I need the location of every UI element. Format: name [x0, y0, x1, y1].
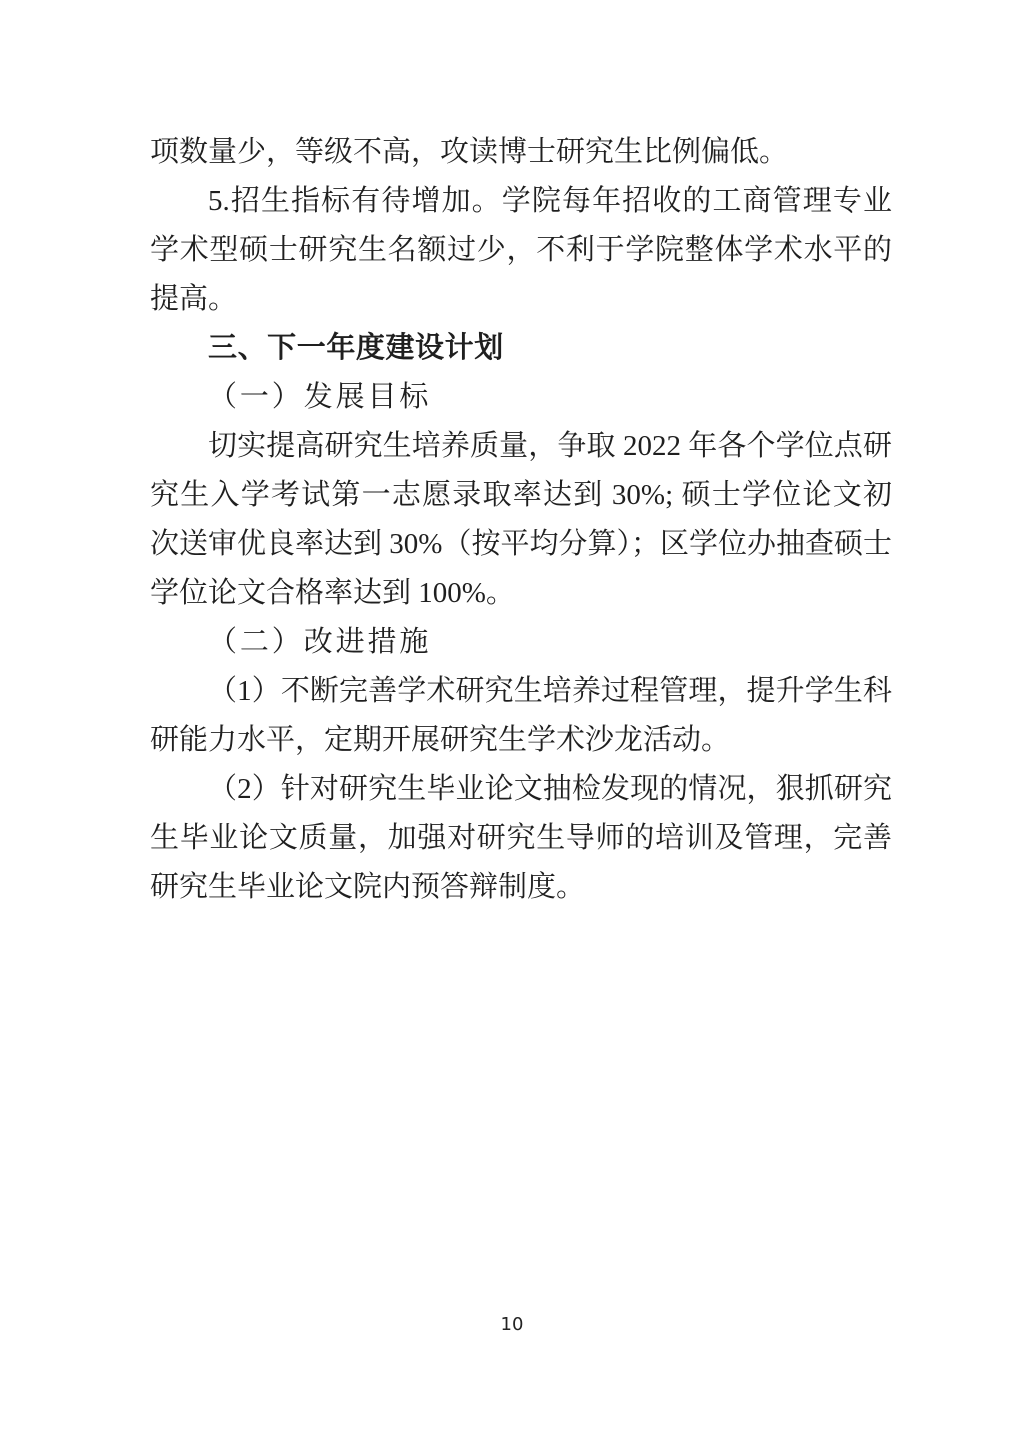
document-content: 项数量少，等级不高，攻读博士研究生比例偏低。 5.招生指标有待增加。学院每年招收…: [150, 128, 892, 912]
paragraph-measure-1: （1）不断完善学术研究生培养过程管理，提升学生科研能力水平，定期开展研究生学术沙…: [150, 667, 892, 765]
page-number: 10: [0, 1312, 1024, 1338]
paragraph-continuation: 项数量少，等级不高，攻读博士研究生比例偏低。: [150, 128, 892, 177]
paragraph-point-5: 5.招生指标有待增加。学院每年招收的工商管理专业学术型硕士研究生名额过少，不利于…: [150, 177, 892, 324]
document-page: 项数量少，等级不高，攻读博士研究生比例偏低。 5.招生指标有待增加。学院每年招收…: [0, 0, 1024, 1448]
paragraph-goals: 切实提高研究生培养质量，争取 2022 年各个学位点研究生入学考试第一志愿录取率…: [150, 422, 892, 618]
section-heading: 三、下一年度建设计划: [150, 324, 892, 373]
subsection-heading-development-goals: （一）发展目标: [150, 373, 892, 422]
subsection-heading-improvement-measures: （二）改进措施: [150, 618, 892, 667]
paragraph-measure-2: （2）针对研究生毕业论文抽检发现的情况，狠抓研究生毕业论文质量，加强对研究生导师…: [150, 765, 892, 912]
